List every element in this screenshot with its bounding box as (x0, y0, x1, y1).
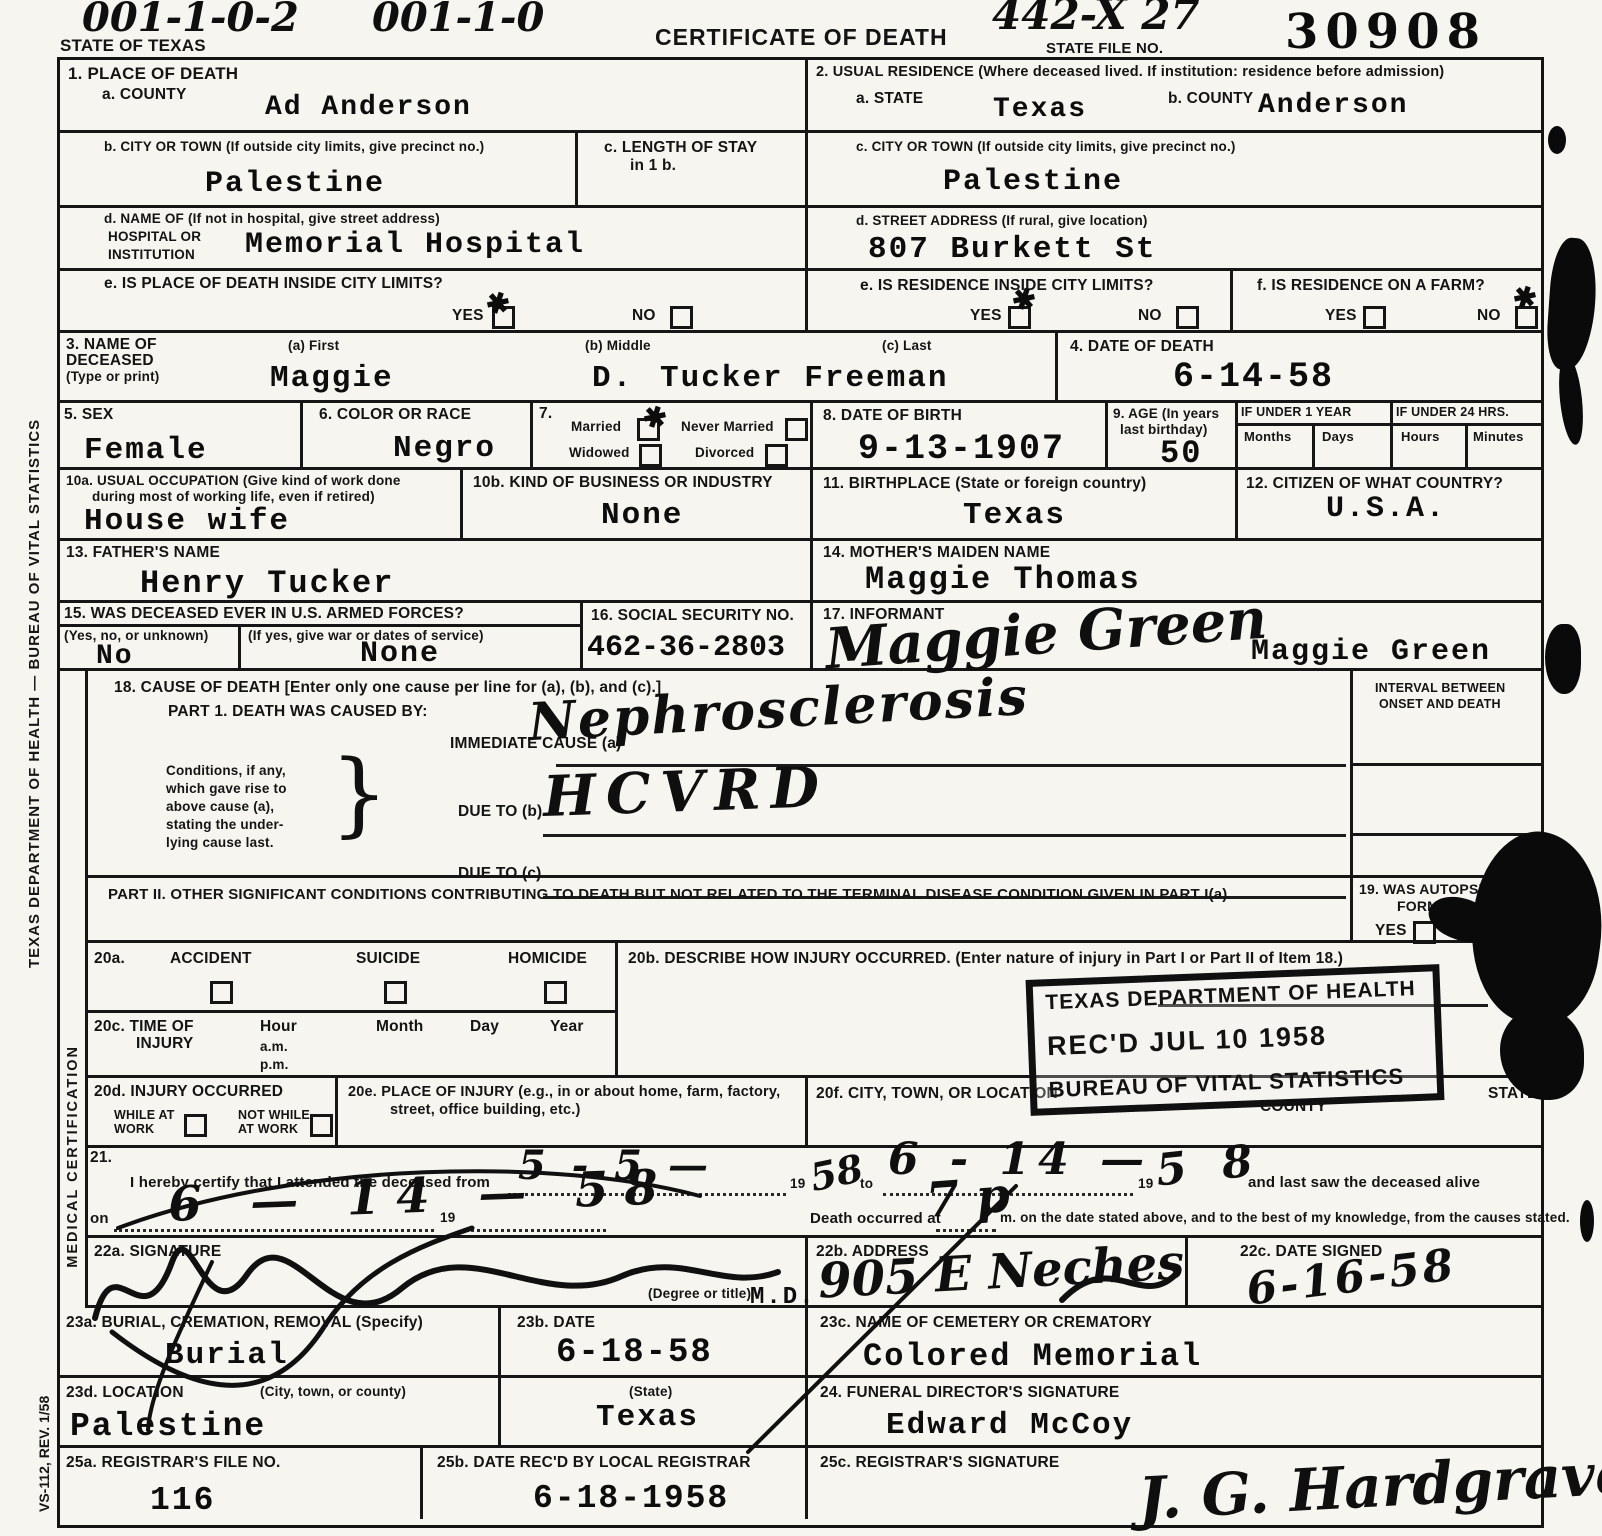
to-label: to (860, 1176, 873, 1191)
married-label: Married (571, 419, 621, 434)
industry-label: 10b. KIND OF BUSINESS OR INDUSTRY (473, 474, 773, 492)
ink-speck-1 (1548, 126, 1566, 154)
physician-signature-label: 22a. SIGNATURE (94, 1243, 221, 1261)
field-23d-location: 23d. LOCATION (City, town, or county) Pa… (60, 1378, 501, 1448)
farm-yes-checkbox (1363, 306, 1386, 329)
burial-value: Burial (165, 1338, 289, 1373)
cemetery-label: 23c. NAME OF CEMETERY OR CREMATORY (820, 1314, 1152, 1332)
field-2-usual-residence: 2. USUAL RESIDENCE (Where deceased lived… (808, 60, 1541, 133)
place-of-death-title: 1. PLACE OF DEATH (68, 64, 238, 84)
funeral-director-label: 24. FUNERAL DIRECTOR'S SIGNATURE (820, 1384, 1119, 1402)
location-state-label: (State) (629, 1384, 672, 1399)
residence-county-label: b. COUNTY (1168, 90, 1253, 108)
state-file-no-label: STATE FILE NO. (1046, 40, 1163, 57)
city-value: Palestine (205, 167, 385, 201)
residence-city-label: c. CITY OR TOWN (If outside city limits,… (856, 139, 1236, 154)
father-label: 13. FATHER'S NAME (66, 544, 220, 562)
place-of-injury-label-1: 20e. PLACE OF INJURY (e.g., in or about … (348, 1084, 780, 1100)
interval-label-2: ONSET AND DEATH (1379, 697, 1501, 711)
county-value: Ad Anderson (265, 92, 472, 123)
field-20a-manner: 20a. ACCIDENT SUICIDE HOMICIDE (88, 943, 618, 1013)
stamp-line-1: TEXAS DEPARTMENT OF HEALTH (1045, 977, 1422, 1015)
res-city-limits-no-label: NO (1138, 307, 1162, 325)
ink-blot-right-1 (1544, 237, 1599, 372)
field-25b-date-recd: 25b. DATE REC'D BY LOCAL REGISTRAR 6-18-… (423, 1448, 808, 1519)
homicide-label: HOMICIDE (508, 950, 587, 968)
days-label: Days (1322, 429, 1354, 444)
birthplace-label: 11. BIRTHPLACE (State or foreign country… (823, 475, 1146, 493)
field-9-under-24-hrs: IF UNDER 24 HRS. Hours Minutes (1393, 403, 1541, 470)
not-while-at-work-label-2: AT WORK (238, 1122, 298, 1136)
field-15-armed-forces: 15. WAS DECEASED EVER IN U.S. ARMED FORC… (60, 603, 583, 671)
industry-value: None (601, 498, 683, 533)
agency-vertical-label: TEXAS DEPARTMENT OF HEALTH — BUREAU OF V… (26, 268, 43, 968)
while-at-work-checkbox (184, 1114, 207, 1137)
field-7-marital-status: 7. Married ✱ Never Married Widowed Divor… (533, 403, 813, 470)
field-2e-res-city-limits: e. IS RESIDENCE INSIDE CITY LIMITS? YES … (808, 271, 1233, 333)
registrar-file-no-value: 116 (150, 1482, 215, 1519)
ink-blot-right-3 (1545, 624, 1581, 694)
middle-name-label: (b) Middle (585, 338, 651, 353)
ssn-value: 462-36-2803 (587, 631, 785, 665)
field-13-father: 13. FATHER'S NAME Henry Tucker (60, 541, 813, 603)
last-name-label: (c) Last (882, 338, 932, 353)
under-24-hrs-label: IF UNDER 24 HRS. (1396, 405, 1509, 419)
field-6-color-race: 6. COLOR OR RACE Negro (303, 403, 533, 470)
md-value: M.D. (750, 1284, 816, 1311)
attended-from-year-value: 58 (806, 1145, 867, 1200)
death-city-limits-no-label: NO (632, 307, 656, 325)
sex-value: Female (84, 433, 208, 468)
field-12-citizen: 12. CITIZEN OF WHAT COUNTRY? U.S.A. (1238, 470, 1541, 541)
field-5-sex: 5. SEX Female (60, 403, 303, 470)
registrar-signature-label: 25c. REGISTRAR'S SIGNATURE (820, 1454, 1059, 1472)
time-of-injury-label-2: INJURY (136, 1035, 193, 1053)
field-10b-industry: 10b. KIND OF BUSINESS OR INDUSTRY None (463, 470, 813, 541)
day-label: Day (470, 1018, 499, 1036)
field-18-cause-of-death: 18. CAUSE OF DEATH [Enter only one cause… (88, 671, 1353, 878)
part2-label: PART II. OTHER SIGNIFICANT CONDITIONS CO… (108, 886, 1228, 903)
due-to-b-label: DUE TO (b) (458, 803, 542, 821)
name-label-2: DECEASED (66, 352, 154, 370)
conditions-line-2: which gave rise to (166, 781, 287, 796)
death-occurred-at-label: Death occurred at (810, 1210, 941, 1227)
burial-date-label: 23b. DATE (517, 1314, 595, 1332)
conditions-brace: } (330, 751, 389, 837)
field-23c-cemetery: 23c. NAME OF CEMETERY OR CREMATORY Color… (808, 1308, 1541, 1378)
name-label-3: (Type or print) (66, 369, 160, 384)
field-4-date-of-death: 4. DATE OF DEATH 6-14-58 (1058, 333, 1541, 403)
field-1c-length-of-stay: c. LENGTH OF STAY in 1 b. (578, 133, 808, 208)
year-label: Year (550, 1018, 584, 1036)
city-label: b. CITY OR TOWN (If outside city limits,… (104, 139, 484, 154)
certify-num-label: 21. (90, 1149, 112, 1167)
certificate-form: 1. PLACE OF DEATH a. COUNTY Ad Anderson … (57, 57, 1544, 1528)
field-23b-burial-date: 23b. DATE 6-18-58 (501, 1308, 808, 1378)
while-at-work-label-1: WHILE AT (114, 1108, 175, 1122)
informant-typed-value: Maggie Green (1251, 635, 1491, 669)
manner-num-label: 20a. (94, 950, 125, 968)
farm-label: f. IS RESIDENCE ON A FARM? (1257, 277, 1485, 295)
pm-label: p.m. (260, 1057, 289, 1072)
handwritten-code-right: 442-X 27 (992, 0, 1200, 39)
injury-occurred-label: 20d. INJURY OCCURRED (94, 1083, 283, 1101)
medical-certification-vertical-label: MEDICAL CERTIFICATION (65, 1045, 81, 1268)
sex-label: 5. SEX (64, 406, 113, 424)
suicide-label: SUICIDE (356, 950, 420, 968)
dob-value: 9-13-1907 (858, 429, 1065, 469)
field-20c-time-of-injury: 20c. TIME OF INJURY Hour a.m. p.m. Month… (88, 1013, 618, 1078)
field-2d-street-address: d. STREET ADDRESS (If rural, give locati… (808, 208, 1541, 271)
length-of-stay-label: c. LENGTH OF STAY (604, 139, 757, 157)
under-1-year-label: IF UNDER 1 YEAR (1241, 405, 1351, 419)
field-20e-place-of-injury: 20e. PLACE OF INJURY (e.g., in or about … (338, 1078, 808, 1148)
ink-speck-2 (1580, 1200, 1594, 1242)
farm-no-label: NO (1477, 307, 1501, 325)
month-label: Month (376, 1018, 423, 1036)
months-label: Months (1244, 429, 1291, 444)
occupation-value: House wife (84, 504, 290, 539)
dob-label: 8. DATE OF BIRTH (823, 407, 962, 425)
mother-value: Maggie Thomas (865, 561, 1141, 598)
armed-forces-label: 15. WAS DECEASED EVER IN U.S. ARMED FORC… (64, 605, 464, 623)
county-label: a. COUNTY (102, 86, 186, 104)
field-21-certification: 21. I hereby certify that I attended the… (88, 1148, 1541, 1238)
armed-forces-sub1: (Yes, no, or unknown) (64, 628, 208, 643)
birthplace-value: Texas (963, 498, 1066, 533)
usual-residence-title: 2. USUAL RESIDENCE (Where deceased lived… (816, 64, 1444, 80)
date-recd-label: 25b. DATE REC'D BY LOCAL REGISTRAR (437, 1454, 751, 1472)
res-city-limits-yes-label: YES (970, 307, 1002, 325)
street-address-value: 807 Burkett St (868, 232, 1156, 267)
certify-text-3: m. on the date stated above, and to the … (1000, 1210, 1570, 1225)
field-9-under-1-year: IF UNDER 1 YEAR Months Days (1238, 403, 1393, 470)
homicide-checkbox (544, 981, 567, 1004)
medical-certification-strip: MEDICAL CERTIFICATION (60, 671, 88, 1308)
hospital-value: Memorial Hospital (245, 228, 585, 262)
received-stamp: TEXAS DEPARTMENT OF HEALTH REC'D JUL 10 … (1026, 964, 1445, 1116)
conditions-line-4: stating the under- (166, 817, 284, 832)
hospital-label-3: INSTITUTION (108, 247, 195, 262)
certificate-title: CERTIFICATE OF DEATH (655, 24, 948, 51)
year-19-label-1: 19 (790, 1176, 805, 1191)
race-label: 6. COLOR OR RACE (319, 406, 471, 424)
field-22a-signature: 22a. SIGNATURE (Degree or title) M.D. (88, 1238, 808, 1308)
race-value: Negro (393, 431, 496, 466)
registrar-signature-value: J. G. Hardgrave (1137, 1439, 1602, 1533)
minutes-label: Minutes (1473, 429, 1524, 444)
marital-label: 7. (539, 405, 552, 423)
occupation-label-2: during most of working life, even if ret… (92, 489, 375, 504)
field-16-ssn: 16. SOCIAL SECURITY NO. 462-36-2803 (583, 603, 813, 671)
suicide-checkbox (384, 981, 407, 1004)
place-of-injury-label-2: street, office building, etc.) (390, 1102, 581, 1118)
field-2f-farm: f. IS RESIDENCE ON A FARM? YES NO ✱ (1233, 271, 1541, 333)
last-name-value: Tucker Freeman (660, 361, 948, 396)
state-file-number: 30908 (1285, 4, 1487, 60)
never-married-label: Never Married (681, 419, 774, 434)
date-of-death-label: 4. DATE OF DEATH (1070, 338, 1214, 356)
citizen-value: U.S.A. (1326, 492, 1446, 526)
hour-label: Hour (260, 1018, 297, 1036)
street-address-label: d. STREET ADDRESS (If rural, give locati… (856, 213, 1148, 228)
due-to-b-value: HCVRD (542, 754, 830, 830)
occupation-label-1: 10a. USUAL OCCUPATION (Give kind of work… (66, 473, 401, 488)
field-24-funeral-director: 24. FUNERAL DIRECTOR'S SIGNATURE Edward … (808, 1378, 1541, 1448)
date-recd-value: 6-18-1958 (533, 1480, 729, 1517)
field-3-name-of-deceased: 3. NAME OF DECEASED (Type or print) (a) … (60, 333, 1058, 403)
divorced-checkbox (765, 444, 788, 467)
death-certificate-scan: 001-1-0-2 001-1-0 STATE OF TEXAS CERTIFI… (0, 0, 1602, 1536)
age-value: 50 (1160, 435, 1202, 472)
form-code-vertical-label: VS-112, REV. 1/58 (36, 1282, 52, 1512)
field-25a-registrar-file-no: 25a. REGISTRAR'S FILE NO. 116 (60, 1448, 423, 1519)
death-city-limits-label: e. IS PLACE OF DEATH INSIDE CITY LIMITS? (104, 275, 443, 293)
field-2c-city: c. CITY OR TOWN (If outside city limits,… (808, 133, 1541, 208)
field-1-place-of-death: 1. PLACE OF DEATH a. COUNTY Ad Anderson (60, 60, 808, 133)
autopsy-yes-label: YES (1375, 922, 1407, 940)
time-of-injury-label-1: 20c. TIME OF (94, 1018, 194, 1036)
divorced-label: Divorced (695, 445, 754, 460)
field-17-informant: 17. INFORMANT Maggie Green Maggie Green (813, 603, 1541, 671)
widowed-checkbox (639, 444, 662, 467)
hospital-label: d. NAME OF (If not in hospital, give str… (104, 211, 440, 226)
field-1d-hospital: d. NAME OF (If not in hospital, give str… (60, 208, 808, 271)
citizen-label: 12. CITIZEN OF WHAT COUNTRY? (1246, 475, 1503, 493)
conditions-line-1: Conditions, if any, (166, 763, 286, 778)
field-22c-date-signed: 22c. DATE SIGNED 6-16-58 (1188, 1238, 1541, 1308)
handwritten-code-left-1: 001-1-0-2 (82, 0, 299, 41)
residence-city-value: Palestine (943, 165, 1123, 199)
res-city-limits-no-checkbox (1176, 306, 1199, 329)
location-label: 23d. LOCATION (66, 1384, 184, 1402)
field-25c-registrar-signature: 25c. REGISTRAR'S SIGNATURE J. G. Hardgra… (808, 1448, 1541, 1519)
funeral-director-value: Edward McCoy (886, 1408, 1133, 1443)
hours-label: Hours (1401, 429, 1440, 444)
am-label: a.m. (260, 1039, 288, 1054)
last-seen-date-value: 6 — 14 — 58 (167, 1159, 674, 1233)
residence-county-value: Anderson (1258, 90, 1408, 121)
accident-label: ACCIDENT (170, 950, 252, 968)
cemetery-value: Colored Memorial (863, 1338, 1202, 1375)
res-city-limits-label: e. IS RESIDENCE INSIDE CITY LIMITS? (860, 277, 1154, 295)
location-value: Palestine (70, 1408, 266, 1445)
length-of-stay-sub: in 1 b. (630, 157, 676, 175)
first-name-value: Maggie (270, 361, 394, 396)
interval-label-1: INTERVAL BETWEEN (1375, 681, 1505, 695)
farm-yes-label: YES (1325, 307, 1357, 325)
burial-date-value: 6-18-58 (556, 1334, 713, 1372)
describe-injury-label: 20b. DESCRIBE HOW INJURY OCCURRED. (Ente… (628, 950, 1343, 968)
age-label-1: 9. AGE (In years (1113, 406, 1219, 421)
field-11-birthplace: 11. BIRTHPLACE (State or foreign country… (813, 470, 1238, 541)
stamp-line-2: REC'D JUL 10 1958 (1047, 1016, 1424, 1061)
part1-label: PART 1. DEATH WAS CAUSED BY: (168, 703, 428, 721)
death-city-limits-yes-label: YES (452, 307, 484, 325)
armed-forces-value-2: None (360, 637, 440, 671)
middle-name-value: D. (592, 361, 633, 396)
field-22b-address: 22b. ADDRESS 905 E Neches (808, 1238, 1188, 1308)
state-of-texas-label: STATE OF TEXAS (60, 36, 206, 56)
location-state-value: Texas (596, 1400, 699, 1435)
armed-forces-value-1: No (96, 641, 134, 672)
stamp-line-3: BUREAU OF VITAL STATISTICS (1048, 1063, 1425, 1103)
widowed-label: Widowed (569, 445, 630, 460)
father-value: Henry Tucker (140, 565, 394, 602)
city-town-location-label: 20f. CITY, TOWN, OR LOCATION (816, 1085, 1058, 1103)
field-9-age: 9. AGE (In years last birthday) 50 (1108, 403, 1238, 470)
field-23a-burial: 23a. BURIAL, CREMATION, REMOVAL (Specify… (60, 1308, 501, 1378)
degree-or-title-label: (Degree or title) (648, 1286, 751, 1301)
field-23d-state: (State) Texas (501, 1378, 808, 1448)
death-time-value: 7 p (924, 1167, 1011, 1229)
married-checkmark: ✱ (638, 398, 671, 437)
residence-state-label: a. STATE (856, 90, 923, 108)
while-at-work-label-2: WORK (114, 1122, 154, 1136)
location-sub-label: (City, town, or county) (260, 1384, 406, 1399)
hospital-label-2: HOSPITAL OR (108, 229, 201, 244)
burial-label: 23a. BURIAL, CREMATION, REMOVAL (Specify… (66, 1314, 423, 1332)
date-of-death-value: 6-14-58 (1173, 357, 1334, 397)
ink-blot-right-2 (1555, 354, 1586, 446)
registrar-file-no-label: 25a. REGISTRAR'S FILE NO. (66, 1454, 281, 1472)
ssn-label: 16. SOCIAL SECURITY NO. (591, 607, 794, 625)
field-8-date-of-birth: 8. DATE OF BIRTH 9-13-1907 (813, 403, 1108, 470)
field-1b-city: b. CITY OR TOWN (If outside city limits,… (60, 133, 578, 208)
field-18-part2: PART II. OTHER SIGNIFICANT CONDITIONS CO… (88, 878, 1353, 943)
accident-checkbox (210, 981, 233, 1004)
conditions-line-3: above cause (a), (166, 799, 274, 814)
residence-state-value: Texas (993, 94, 1087, 125)
on-label: on (90, 1210, 109, 1227)
never-married-checkbox (785, 418, 808, 441)
certify-text-2: and last saw the deceased alive (1248, 1174, 1480, 1191)
year-19-label-2: 19 (1138, 1176, 1153, 1191)
handwritten-code-left-2: 001-1-0 (372, 0, 544, 41)
mother-label: 14. MOTHER'S MAIDEN NAME (823, 544, 1050, 562)
field-20d-injury-occurred: 20d. INJURY OCCURRED WHILE AT WORK NOT W… (88, 1078, 338, 1148)
not-while-at-work-label-1: NOT WHILE (238, 1108, 310, 1122)
field-1e-city-limits: e. IS PLACE OF DEATH INSIDE CITY LIMITS?… (60, 271, 808, 333)
conditions-line-5: lying cause last. (166, 835, 274, 850)
not-while-at-work-checkbox (310, 1114, 333, 1137)
death-city-limits-no-checkbox (670, 306, 693, 329)
field-10a-occupation: 10a. USUAL OCCUPATION (Give kind of work… (60, 470, 463, 541)
first-name-label: (a) First (288, 338, 339, 353)
